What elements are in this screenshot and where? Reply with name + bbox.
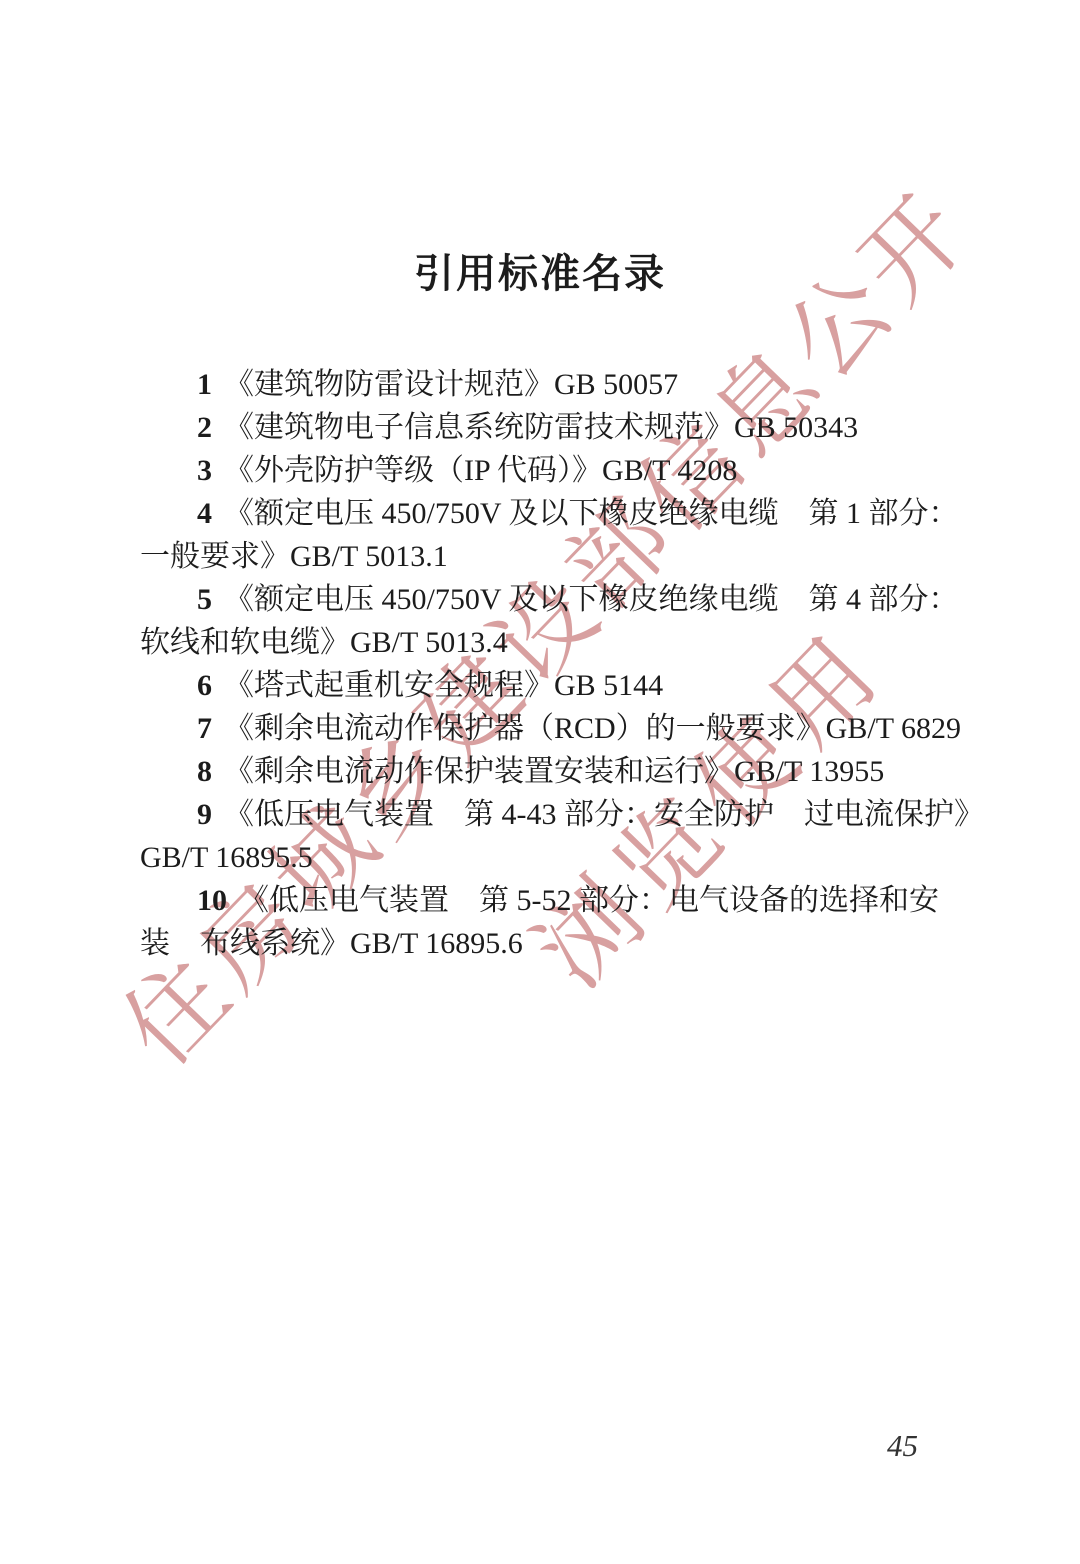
standard-text: 《建筑物电子信息系统防雷技术规范》GB 50343 — [224, 411, 858, 444]
standard-item: 3《外壳防护等级（IP 代码）》GB/T 4208 — [140, 449, 940, 492]
standard-text: 《剩余电流动作保护装置安装和运行》GB/T 13955 — [224, 755, 884, 788]
standard-item: 8《剩余电流动作保护装置安装和运行》GB/T 13955 — [140, 750, 940, 793]
continuation-line: 软线和软电缆》GB/T 5013.4 — [140, 621, 940, 664]
standard-text: 《剩余电流动作保护器（RCD）的一般要求》GB/T 6829 — [224, 712, 961, 745]
standard-text: 《额定电压 450/750V 及以下橡皮绝缘电缆 第 1 部分： — [224, 497, 958, 530]
page-number: 45 — [887, 1430, 918, 1461]
item-number: 1 — [197, 368, 212, 401]
item-number: 5 — [197, 583, 212, 616]
standard-item: 6《塔式起重机安全规程》GB 5144 — [140, 664, 940, 707]
item-number: 9 — [197, 798, 212, 831]
item-number: 3 — [197, 454, 212, 487]
standard-text: 《低压电气装置 第 5-52 部分：电气设备的选择和安 — [239, 884, 939, 917]
item-number: 7 — [197, 712, 212, 745]
standard-item: 5《额定电压 450/750V 及以下橡皮绝缘电缆 第 4 部分： 软线和软电缆… — [140, 578, 940, 664]
page-title: 引用标准名录 — [0, 0, 1080, 294]
item-number: 10 — [197, 884, 227, 917]
item-number: 6 — [197, 669, 212, 702]
standards-list: 1《建筑物防雷设计规范》GB 50057 2《建筑物电子信息系统防雷技术规范》G… — [140, 363, 940, 965]
item-number: 4 — [197, 497, 212, 530]
standard-item: 7《剩余电流动作保护器（RCD）的一般要求》GB/T 6829 — [140, 707, 940, 750]
item-number: 2 — [197, 411, 212, 444]
standard-item: 4《额定电压 450/750V 及以下橡皮绝缘电缆 第 1 部分： 一般要求》G… — [140, 492, 940, 578]
standard-text: 《建筑物防雷设计规范》GB 50057 — [224, 368, 678, 401]
item-number: 8 — [197, 755, 212, 788]
standard-item: 2《建筑物电子信息系统防雷技术规范》GB 50343 — [140, 406, 940, 449]
standard-text: 《塔式起重机安全规程》GB 5144 — [224, 669, 663, 702]
standard-item: 9《低压电气装置 第 4-43 部分：安全防护 过电流保护》 GB/T 1689… — [140, 793, 940, 879]
continuation-line: GB/T 16895.5 — [140, 836, 940, 879]
document-page: 住房城乡建设部信息公开 浏览使用 引用标准名录 1《建筑物防雷设计规范》GB 5… — [0, 0, 1080, 1564]
continuation-line: 装 布线系统》GB/T 16895.6 — [140, 922, 940, 965]
standard-text: 《外壳防护等级（IP 代码）》GB/T 4208 — [224, 454, 737, 487]
standard-text: 《额定电压 450/750V 及以下橡皮绝缘电缆 第 4 部分： — [224, 583, 958, 616]
standard-item: 10《低压电气装置 第 5-52 部分：电气设备的选择和安 装 布线系统》GB/… — [140, 879, 940, 965]
standard-item: 1《建筑物防雷设计规范》GB 50057 — [140, 363, 940, 406]
standard-text: 《低压电气装置 第 4-43 部分：安全防护 过电流保护》 — [224, 798, 984, 831]
continuation-line: 一般要求》GB/T 5013.1 — [140, 535, 940, 578]
